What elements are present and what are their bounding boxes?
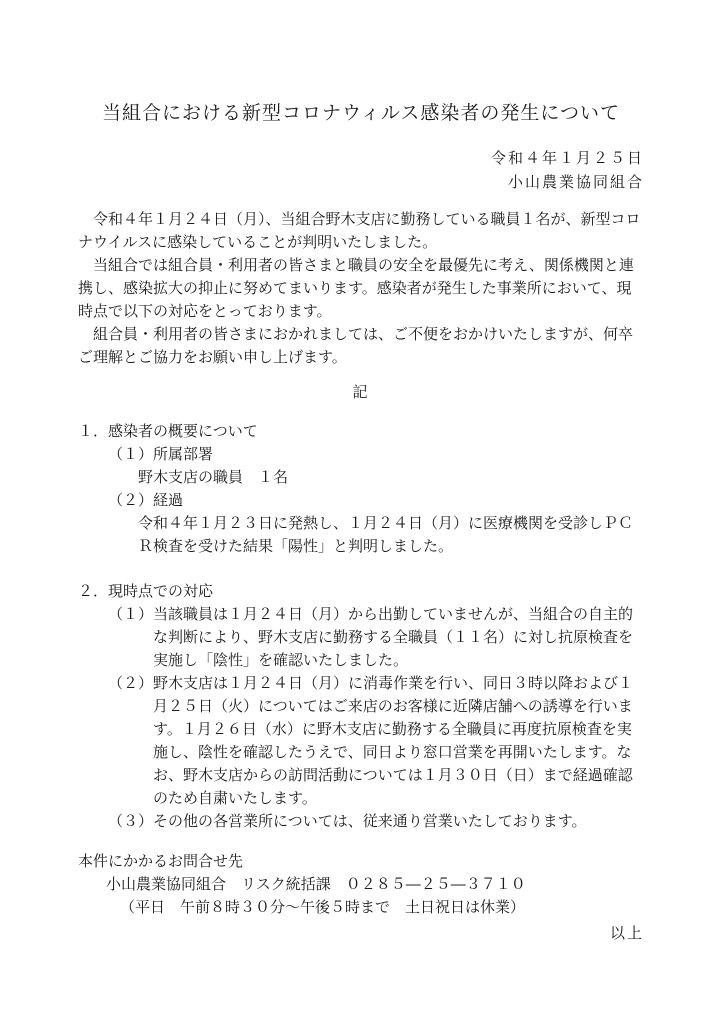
- section-1-item-2: （２）経過 令和４年１月２３日に発熱し、１月２４日（月）に医療機関を受診しＰＣＲ…: [78, 489, 644, 558]
- closing-mark: 以上: [78, 922, 644, 945]
- item-body: 野木支店は１月２４日（月）に消毒作業を行い、同日３時以降および１月２５日（火）に…: [153, 672, 644, 810]
- item-label: （２）経過: [108, 489, 644, 512]
- section-1-heading: １．感染者の概要について: [78, 420, 644, 443]
- item-label: （１）所属部署: [108, 443, 644, 466]
- document-page: 当組合における新型コロナウィルス感染者の発生について 令和４年１月２５日 小山農…: [0, 0, 724, 1024]
- intro-paragraph-3: 組合員・利用者の皆さまにおかれましては、ご不便をおかけいたしますが、何卒ご理解と…: [78, 323, 644, 369]
- intro-paragraph-1: 令和４年１月２４日（月）、当組合野木支店に勤務している職員１名が、新型コロナウイ…: [78, 208, 644, 254]
- item-body: 野木支店の職員 １名: [138, 466, 644, 489]
- section-1-item-1: （１）所属部署 野木支店の職員 １名: [78, 443, 644, 489]
- contact-phone-line: 小山農業協同組合 リスク統括課 ０２８５―２５―３７１０: [106, 873, 644, 896]
- section-2-item-3: （３） その他の各営業所については、従来通り営業いたしております。: [108, 810, 644, 833]
- item-body: その他の各営業所については、従来通り営業いたしております。: [153, 810, 644, 833]
- item-label: （２）: [108, 672, 153, 695]
- contact-block: 本件にかかるお問合せ先 小山農業協同組合 リスク統括課 ０２８５―２５―３７１０…: [78, 850, 644, 919]
- record-marker: 記: [78, 381, 644, 404]
- issuer-organization: 小山農業協同組合: [78, 170, 644, 194]
- section-current-response: ２．現時点での対応 （１） 当該職員は１月２４日（月）から出勤していませんが、当…: [78, 580, 644, 833]
- document-title: 当組合における新型コロナウィルス感染者の発生について: [78, 100, 644, 126]
- item-label: （１）: [108, 603, 153, 626]
- section-2-heading: ２．現時点での対応: [78, 580, 644, 603]
- contact-heading: 本件にかかるお問合せ先: [78, 850, 644, 873]
- section-2-item-2: （２） 野木支店は１月２４日（月）に消毒作業を行い、同日３時以降および１月２５日…: [108, 672, 644, 810]
- item-label: （３）: [108, 810, 153, 833]
- item-body: 当該職員は１月２４日（月）から出勤していませんが、当組合の自主的な判断により、野…: [153, 603, 644, 672]
- intro-paragraph-2: 当組合では組合員・利用者の皆さまと職員の安全を最優先に考え、関係機関と連携し、感…: [78, 254, 644, 323]
- section-2-item-1: （１） 当該職員は１月２４日（月）から出勤していませんが、当組合の自主的な判断に…: [108, 603, 644, 672]
- issue-date: 令和４年１月２５日: [78, 146, 644, 170]
- item-body: 令和４年１月２３日に発熱し、１月２４日（月）に医療機関を受診しＰＣＲ検査を受けた…: [138, 512, 644, 558]
- date-org-block: 令和４年１月２５日 小山農業協同組合: [78, 146, 644, 194]
- section-infected-overview: １．感染者の概要について （１）所属部署 野木支店の職員 １名 （２）経過 令和…: [78, 420, 644, 558]
- contact-hours-line: （平日 午前８時３０分～午後５時まで 土日祝日は休業）: [120, 896, 644, 919]
- intro-block: 令和４年１月２４日（月）、当組合野木支店に勤務している職員１名が、新型コロナウイ…: [78, 208, 644, 369]
